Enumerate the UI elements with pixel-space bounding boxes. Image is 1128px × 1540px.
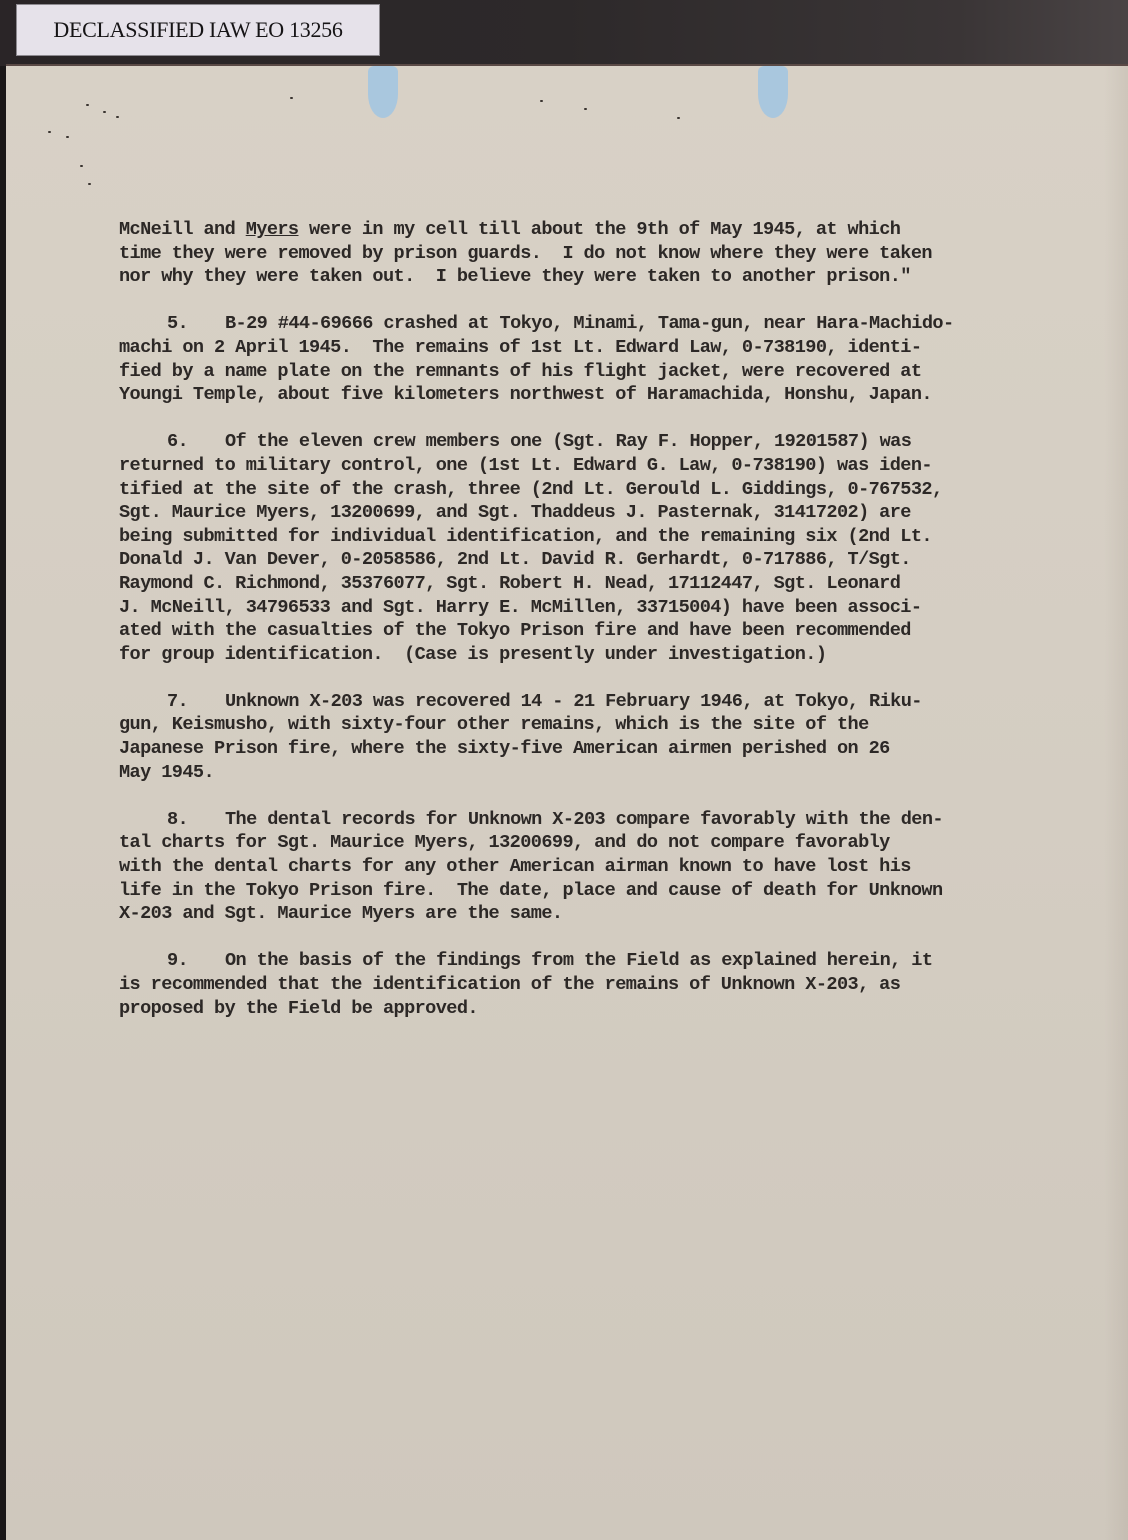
text-line: time they were removed by prison guards.… (119, 243, 932, 264)
paper-speck (66, 136, 69, 138)
paragraph-number: 8. (119, 808, 225, 832)
paragraph-7: 7.Unknown X-203 was recovered 14 - 21 Fe… (119, 690, 1049, 784)
text-line: Raymond C. Richmond, 35376077, Sgt. Robe… (119, 573, 900, 594)
text-line: returned to military control, one (1st L… (119, 455, 932, 476)
paper-speck (116, 116, 119, 118)
text-line: tal charts for Sgt. Maurice Myers, 13200… (119, 832, 890, 853)
text-line: were in my cell till about the 9th of Ma… (299, 219, 901, 240)
paper-speck (290, 97, 293, 99)
text-line: Japanese Prison fire, where the sixty-fi… (119, 738, 890, 759)
text-line: gun, Keismusho, with sixty-four other re… (119, 714, 869, 735)
paragraph-number: 9. (119, 949, 225, 973)
text-line: life in the Tokyo Prison fire. The date,… (119, 880, 943, 901)
paper-speck (103, 111, 106, 113)
text-line: On the basis of the findings from the Fi… (225, 950, 932, 971)
text-line: Unknown X-203 was recovered 14 - 21 Febr… (225, 691, 922, 712)
paragraph-5: 5.B-29 #44-69666 crashed at Tokyo, Minam… (119, 312, 1049, 406)
binder-clip-icon (758, 66, 788, 118)
paragraph-8: 8.The dental records for Unknown X-203 c… (119, 808, 1049, 926)
binder-clip-icon (368, 66, 398, 118)
text-line: nor why they were taken out. I believe t… (119, 266, 911, 287)
paragraph-number: 7. (119, 690, 225, 714)
paper-speck (677, 117, 680, 119)
text-line: with the dental charts for any other Ame… (119, 856, 911, 877)
text-line: McNeill and (119, 219, 246, 240)
paragraph-9: 9.On the basis of the findings from the … (119, 949, 1049, 1020)
text-line: being submitted for individual identific… (119, 526, 932, 547)
paper-speck (80, 165, 83, 167)
paragraph-6: 6.Of the eleven crew members one (Sgt. R… (119, 430, 1049, 666)
text-line: Sgt. Maurice Myers, 13200699, and Sgt. T… (119, 502, 911, 523)
text-line: ated with the casualties of the Tokyo Pr… (119, 620, 911, 641)
text-line: machi on 2 April 1945. The remains of 1s… (119, 337, 921, 358)
paragraph-number: 6. (119, 430, 225, 454)
text-line: fied by a name plate on the remnants of … (119, 361, 921, 382)
paragraph-number: 5. (119, 312, 225, 336)
continuation-paragraph: McNeill and Myers were in my cell till a… (119, 218, 1049, 289)
underlined-name: Myers (246, 219, 299, 240)
text-line: tified at the site of the crash, three (… (119, 479, 943, 500)
text-line: Donald J. Van Dever, 0-2058586, 2nd Lt. … (119, 549, 911, 570)
text-line: B-29 #44-69666 crashed at Tokyo, Minami,… (225, 313, 954, 334)
text-line: proposed by the Field be approved. (119, 998, 478, 1019)
text-line: Youngi Temple, about five kilometers nor… (119, 384, 932, 405)
text-line: J. McNeill, 34796533 and Sgt. Harry E. M… (119, 597, 921, 618)
text-line: Of the eleven crew members one (Sgt. Ray… (225, 431, 911, 452)
document-body: McNeill and Myers were in my cell till a… (119, 218, 1049, 1044)
paper-speck (86, 104, 89, 106)
paper-speck (48, 131, 51, 133)
declassification-label: DECLASSIFIED IAW EO 13256 (16, 4, 380, 56)
text-line: X-203 and Sgt. Maurice Myers are the sam… (119, 903, 562, 924)
paper-speck (584, 108, 587, 110)
text-line: is recommended that the identification o… (119, 974, 900, 995)
text-line: The dental records for Unknown X-203 com… (225, 809, 943, 830)
paper-speck (540, 100, 543, 102)
paper-speck (88, 183, 91, 185)
text-line: for group identification. (Case is prese… (119, 644, 826, 665)
text-line: May 1945. (119, 762, 214, 783)
